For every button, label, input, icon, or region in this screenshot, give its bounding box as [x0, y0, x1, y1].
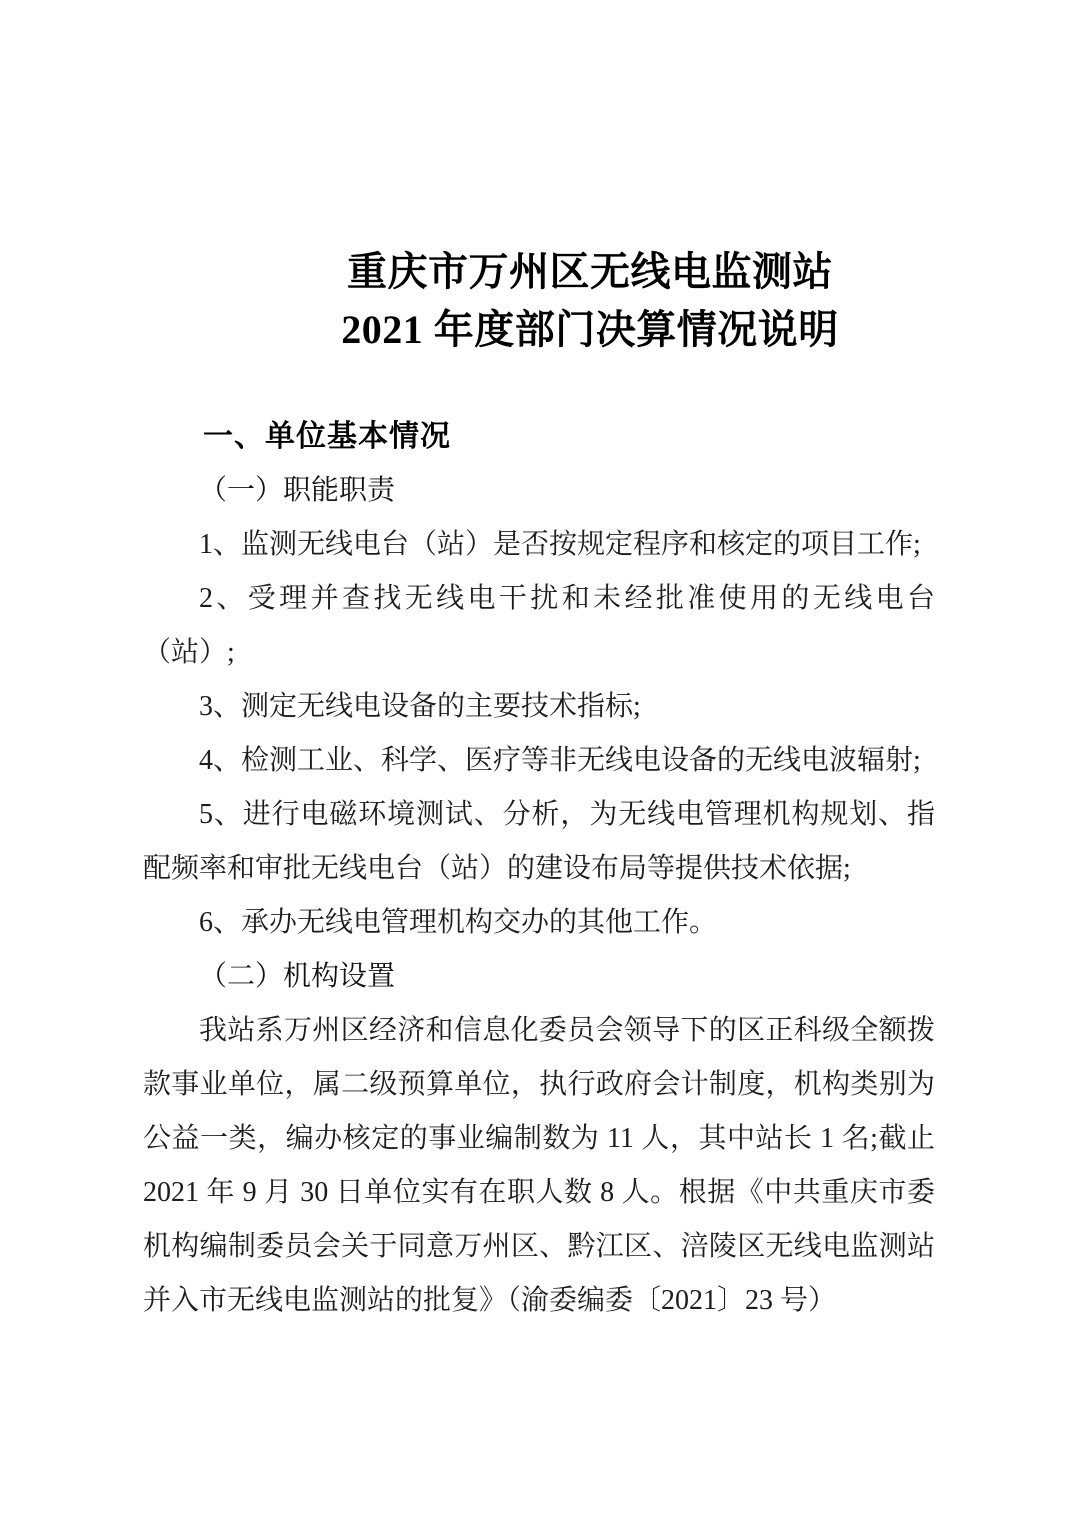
organization-paragraph: 我站系万州区经济和信息化委员会领导下的区正科级全额拨款事业单位，属二级预算单位，… — [143, 1004, 935, 1328]
function-item-5: 5、进行电磁环境测试、分析，为无线电管理机构规划、指配频率和审批无线电台（站）的… — [143, 788, 935, 896]
document-page: 重庆市万州区无线电监测站 2021 年度部门决算情况说明 一、单位基本情况 （一… — [0, 0, 1074, 1520]
section-heading-basic-info: 一、单位基本情况 — [143, 410, 935, 464]
function-item-2: 2、受理并查找无线电干扰和未经批准使用的无线电台（站）; — [143, 572, 935, 680]
title-line-2: 2021 年度部门决算情况说明 — [194, 301, 986, 359]
function-item-6: 6、承办无线电管理机构交办的其他工作。 — [143, 896, 935, 950]
function-item-4: 4、检测工业、科学、医疗等非无线电设备的无线电波辐射; — [143, 734, 935, 788]
document-body: 一、单位基本情况 （一）职能职责 1、监测无线电台（站）是否按规定程序和核定的项… — [143, 410, 935, 1328]
function-item-3: 3、测定无线电设备的主要技术指标; — [143, 680, 935, 734]
function-item-1: 1、监测无线电台（站）是否按规定程序和核定的项目工作; — [143, 518, 935, 572]
document-title: 重庆市万州区无线电监测站 2021 年度部门决算情况说明 — [194, 243, 986, 359]
title-line-1: 重庆市万州区无线电监测站 — [194, 243, 986, 301]
subsection-heading-organization: （二）机构设置 — [143, 950, 935, 1004]
subsection-heading-functions: （一）职能职责 — [143, 464, 935, 518]
